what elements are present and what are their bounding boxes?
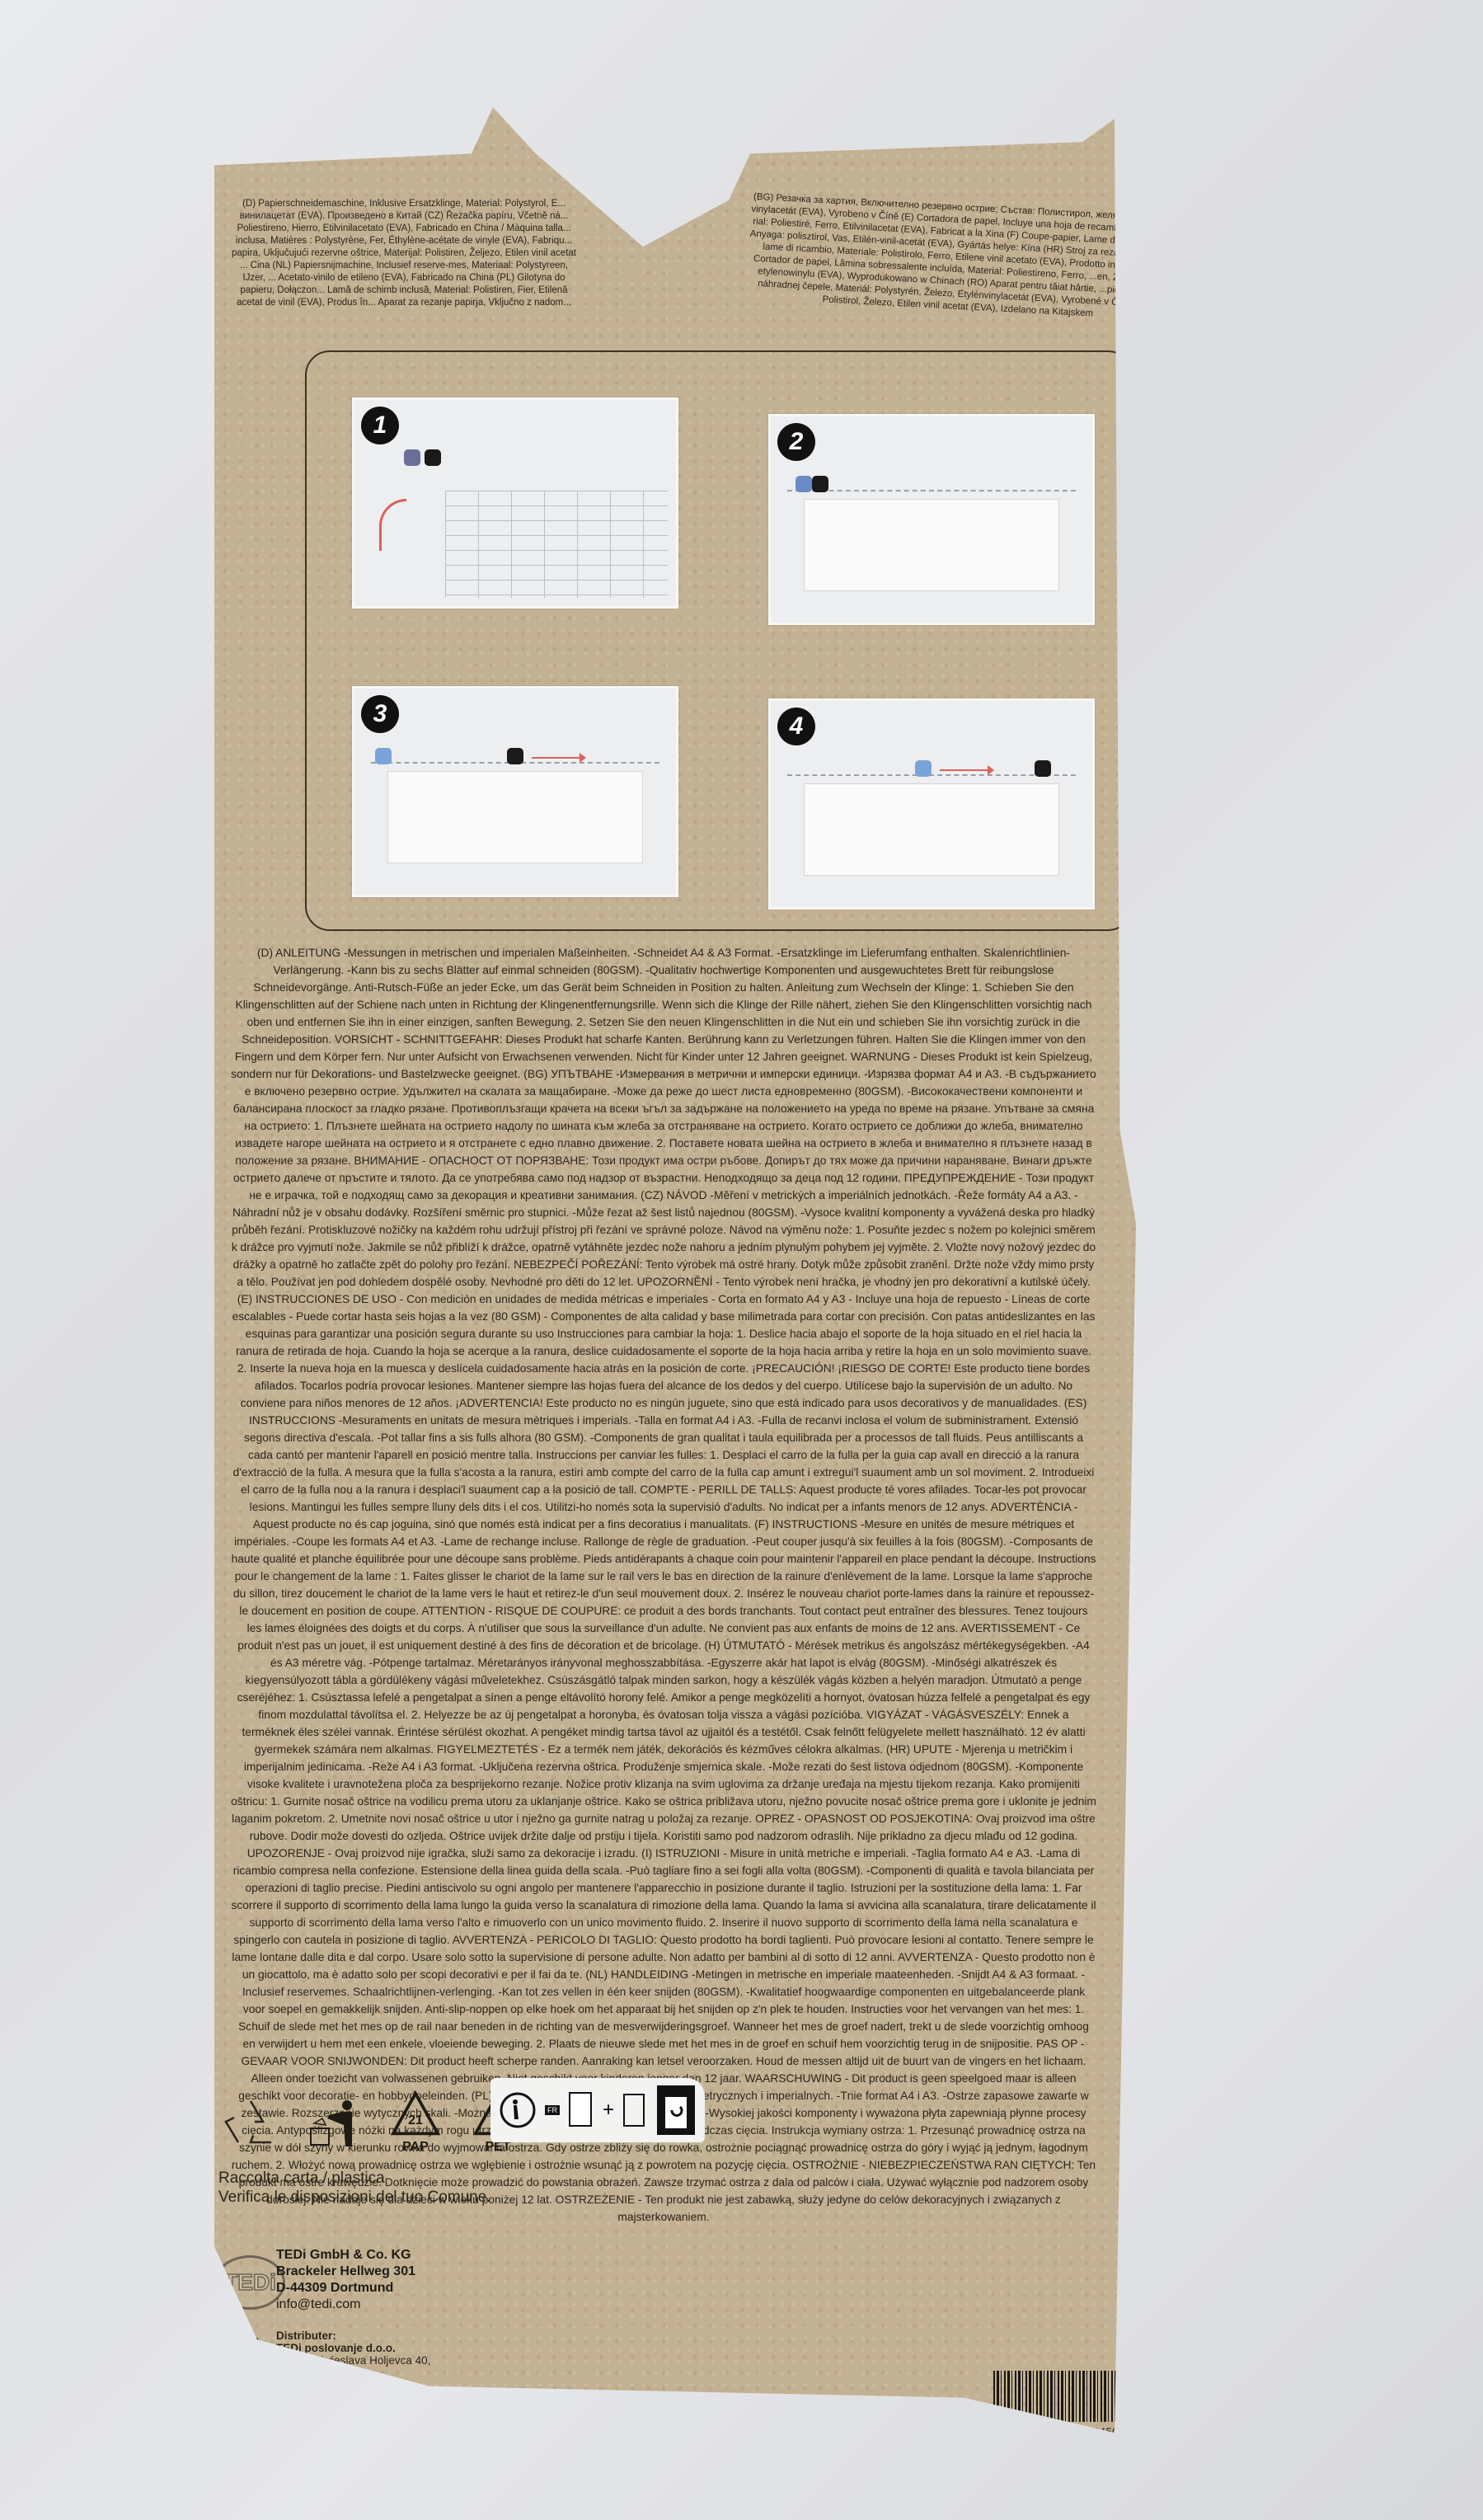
lift-arrow-icon	[379, 499, 406, 551]
tidyman-icon	[301, 2090, 365, 2155]
instructions-hr: (HR) UPUTE - Mjerenja u metričkim i impe…	[231, 1743, 1096, 1859]
plus-sign: +	[603, 2099, 614, 2122]
cutting-grid	[445, 491, 668, 598]
bg-importer-address: Производител и вносител: ТЕДи ГмбХ & Ко.…	[408, 2385, 549, 2455]
instructions-f: (F) INSTRUCTIONS -Mesure en unités de me…	[232, 1518, 1096, 1652]
distributor-address: Distributer: TEDi poslovanje d.o.o. Aven…	[276, 2330, 430, 2379]
raccolta-line-1: Raccolta carta / plastica	[218, 2169, 491, 2188]
recycling-icons: 21 PAP 01 PET	[218, 2090, 530, 2155]
instructions-de: (D) ANLEITUNG -Messungen in metrischen u…	[236, 947, 1092, 1046]
paper-sheet	[804, 499, 1059, 591]
instructions-es: (ES) INSTRUCCIONS -Mesuraments en unitat…	[233, 1397, 1095, 1530]
right-arrow-icon	[532, 757, 581, 759]
paper-sheet	[387, 771, 643, 863]
blue-blade-knob-icon	[404, 449, 420, 466]
tedi-logo-icon: TEDi	[214, 2255, 285, 2310]
blue-blade-knob-icon	[375, 748, 392, 764]
svg-text:21: 21	[408, 2113, 423, 2127]
manufacturer-email: info@tedi.com	[276, 2297, 415, 2313]
top-right-material-text: (BG) Резачка за хартия, Включително резе…	[744, 190, 1177, 324]
manufacturer-name: TEDi GmbH & Co. KG	[276, 2247, 415, 2264]
brand-text: TEDi	[218, 2346, 259, 2362]
blue-blade-knob-icon	[915, 760, 932, 777]
black-blade-knob-icon	[812, 476, 828, 492]
barcode-number: 9634500352100001000	[1080, 2425, 1202, 2438]
box-card-icon	[566, 2090, 596, 2131]
barcode-bars	[993, 2371, 1261, 2422]
distributor-city: HR-10010 Zagreb	[276, 2367, 430, 2379]
recycling-bin-icon	[657, 2085, 695, 2135]
right-arrow-icon	[940, 769, 989, 771]
instructions-e: (E) INSTRUCCIONES DE USO - Con medición …	[232, 1293, 1096, 1409]
country-badge: FR	[545, 2105, 560, 2115]
instructions-bg: (BG) УПЪТВАНЕ -Измервания в метрични и и…	[233, 1068, 1096, 1201]
pap-label: PAP	[402, 2140, 429, 2155]
website-text: tedi.com	[218, 2334, 259, 2346]
packaging-back: (D) Papierschneidemaschine, Inklusive Er…	[214, 107, 1286, 2433]
bg-importer-name: ТЕДи ГмбХ & Ко. КГ	[408, 2399, 549, 2413]
triman-sorting-label: FR +	[490, 2078, 705, 2142]
bg-importer-country: Германия	[408, 2441, 549, 2455]
blue-blade-knob-icon	[795, 476, 812, 492]
barcode-suffix: 224	[1242, 2425, 1261, 2438]
instructions-i: (I) ISTRUZIONI - Misure in unità metrich…	[231, 1847, 1096, 1981]
manufacturer-city: D-44309 Dortmund	[276, 2280, 415, 2297]
step-number-badge: 1	[361, 407, 399, 444]
multilingual-instructions: (D) ANLEITUNG -Messungen in metrischen u…	[231, 944, 1096, 2226]
step-number-badge: 4	[777, 708, 815, 745]
distributor-label: Distributer:	[276, 2330, 430, 2342]
barcode: DNP 698 9634500352100001000 224	[993, 2371, 1261, 2438]
bg-importer-street: Бракелер Хелвег 301	[408, 2413, 549, 2427]
plastic-window-icon	[621, 2090, 650, 2131]
step-3-image: 3	[352, 686, 678, 897]
item-code: DNP 698	[993, 2425, 1040, 2438]
distributor-name: TEDi poslovanje d.o.o.	[276, 2342, 430, 2354]
instructions-cz: (CZ) NÁVOD -Měření v metrických a imperi…	[232, 1189, 1096, 1288]
top-left-material-text: (D) Papierschneidemaschine, Inklusive Er…	[231, 198, 577, 309]
bg-importer-city: DE-44309 Дортмунд	[408, 2427, 549, 2441]
black-blade-knob-icon	[1035, 760, 1051, 777]
bg-importer-label: Производител и вносител:	[408, 2385, 549, 2399]
tedi-brand-small: tedi.com TEDi	[218, 2334, 259, 2362]
step-4-image: 4	[768, 698, 1095, 910]
instruction-steps-frame: 1 2 3 4	[305, 350, 1133, 931]
manufacturer-address: TEDi GmbH & Co. KG Brackeler Hellweg 301…	[276, 2247, 415, 2313]
manufacturer-street: Brackeler Hellweg 301	[276, 2264, 415, 2280]
raccolta-text: Raccolta carta / plastica Verifica le di…	[218, 2169, 491, 2207]
step-2-image: 2	[768, 414, 1095, 625]
step-number-badge: 2	[777, 423, 815, 461]
raccolta-line-2: Verifica le disposizioni del tuo Comune.	[218, 2188, 491, 2207]
step-1-image: 1	[352, 397, 678, 609]
step-number-badge: 3	[361, 695, 399, 733]
recycle-icon	[218, 2090, 283, 2155]
black-blade-knob-icon	[507, 748, 523, 764]
black-blade-knob-icon	[425, 449, 441, 466]
ruler-rail	[787, 478, 1076, 491]
paper-sheet	[804, 783, 1059, 876]
recycle-pap-21-icon: 21 PAP	[383, 2090, 448, 2155]
distributor-street: Avenija Većeslava Holjevca 40,	[276, 2354, 430, 2367]
triman-icon	[497, 2090, 538, 2131]
ruler-rail	[787, 763, 1076, 776]
instructions-h: (H) ÚTMUTATÓ - Mérések metrikus és angol…	[237, 1639, 1091, 1756]
